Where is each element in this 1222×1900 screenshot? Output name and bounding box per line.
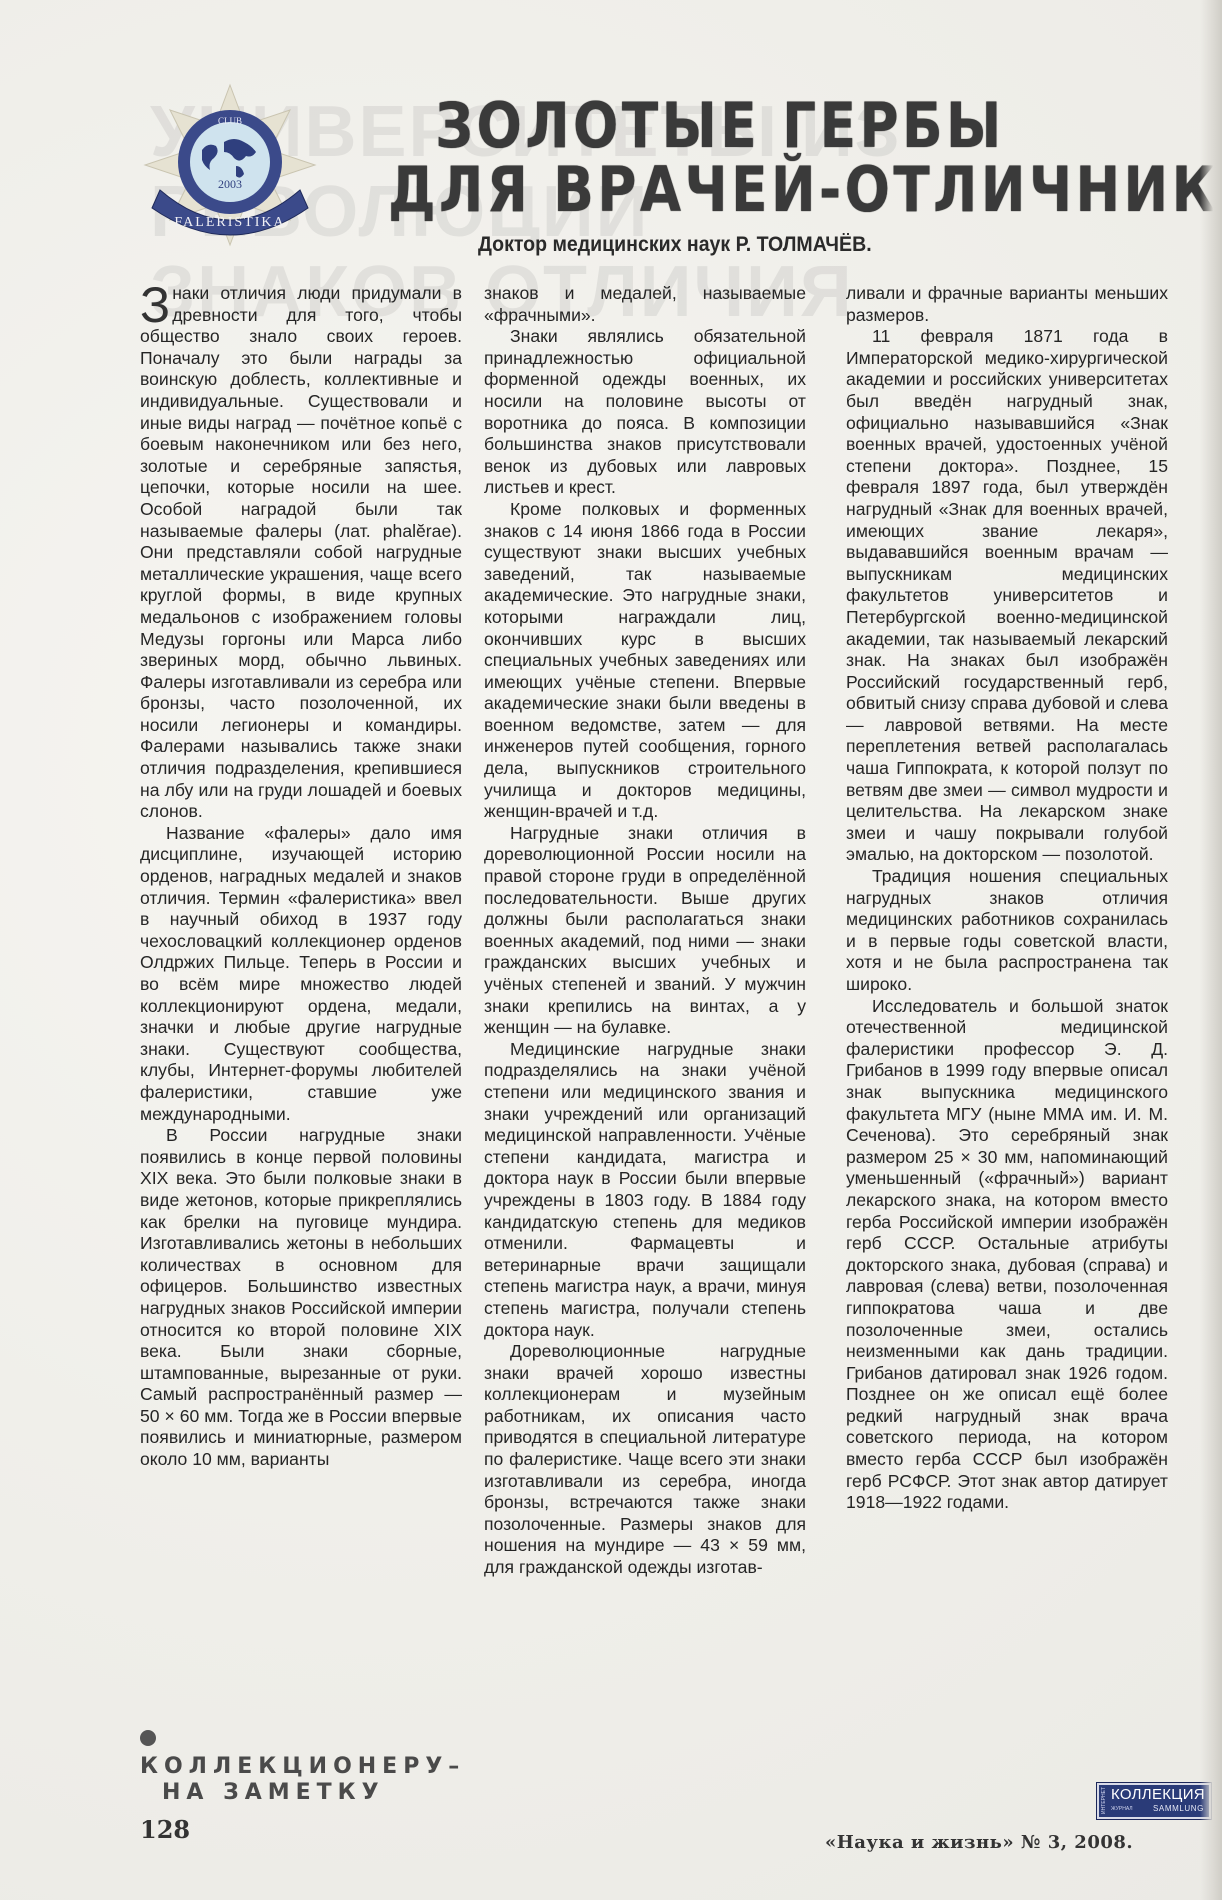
kollektsiya-stamp-logo: ИНТЕРНЕТ КОЛЛЕКЦИЯ ЖУРНАЛ SAMMLUNG — [1097, 1783, 1211, 1819]
paragraph: В России нагрудные знаки появились в кон… — [140, 1125, 462, 1471]
svg-text:CLUB: CLUB — [218, 116, 242, 126]
text-column-2: знаков и медалей, называемые «фрачными».… — [484, 283, 806, 1579]
section-label: КОЛЛЕКЦИОНЕРУ– НА ЗАМЕТКУ — [140, 1728, 470, 1806]
paragraph: Кроме полковых и форменных знаков с 14 и… — [484, 499, 806, 823]
paragraph: Знаки являлись обязательной принадлежнос… — [484, 326, 806, 499]
title-line-1: ЗОЛОТЫЕ ГЕРБЫ — [342, 95, 1099, 157]
article-title: ЗОЛОТЫЕ ГЕРБЫ ДЛЯ ВРАЧЕЙ-ОТЛИЧНИКОВ — [320, 95, 1160, 221]
paragraph: Знаки отличия люди придумали в древности… — [140, 283, 462, 823]
club-faleristika-logo: CLUB 2003 FALERISTIKA — [140, 80, 320, 250]
page-number: 128 — [140, 1815, 190, 1844]
publication-source: «Наука и жизнь» № 3, 2008. — [825, 1832, 1133, 1853]
paragraph: Нагрудные знаки отличия в дореволюционно… — [484, 823, 806, 1039]
paragraph-continuation: знаков и медалей, называемые «фрачными». — [484, 283, 806, 326]
paragraph: 11 февраля 1871 года в Императорской мед… — [846, 326, 1168, 866]
svg-text:FALERISTIKA: FALERISTIKA — [174, 215, 285, 230]
paragraph: Название «фалеры» дало имя дисциплине, и… — [140, 823, 462, 1125]
text-column-3: ливали и фрачные варианты меньших размер… — [846, 283, 1168, 1514]
drop-cap: З — [140, 285, 170, 325]
bullet-icon — [140, 1730, 156, 1746]
page-edge-shadow — [1200, 0, 1222, 1900]
author-byline: Доктор медицинских наук Р. ТОЛМАЧЁВ. — [478, 233, 999, 257]
paragraph-continuation: ливали и фрачные варианты меньших размер… — [846, 283, 1168, 326]
paragraph: Исследователь и большой знаток отечестве… — [846, 996, 1168, 1514]
paragraph: Дореволюционные нагрудные знаки врачей х… — [484, 1341, 806, 1579]
paragraph: Медицинские нагрудные знаки подразделяли… — [484, 1039, 806, 1341]
title-line-2: ДЛЯ ВРАЧЕЙ-ОТЛИЧНИКОВ — [388, 159, 1102, 221]
text-column-1: Знаки отличия люди придумали в древности… — [140, 283, 462, 1471]
svg-text:2003: 2003 — [218, 177, 242, 191]
paragraph: Традиция ношения специальных нагрудных з… — [846, 866, 1168, 996]
club-faleristika-badge-icon: CLUB 2003 FALERISTIKA — [140, 80, 320, 250]
